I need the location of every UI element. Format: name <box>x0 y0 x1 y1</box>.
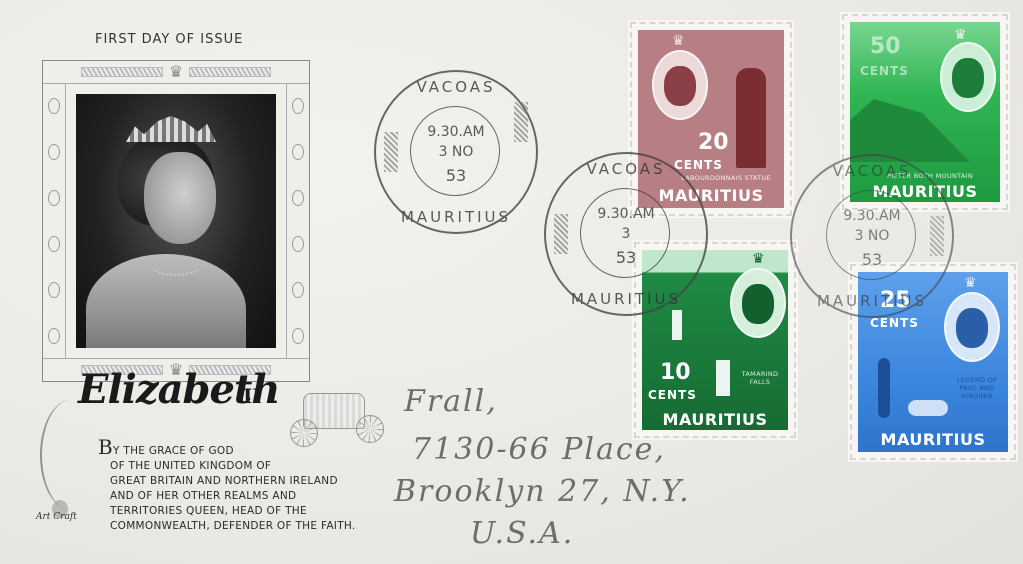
postmark-town: VACOAS <box>546 160 706 178</box>
postmark-town: VACOAS <box>792 162 952 180</box>
stamp-country: MAURITIUS <box>858 430 1008 449</box>
proclamation-line: COMMONWEALTH, DEFENDER OF THE FAITH. <box>98 519 356 534</box>
postmark-date: 3 NO <box>792 228 952 244</box>
postmark-country: MAURITIUS <box>376 208 536 226</box>
publisher-mark: Art Craft <box>36 512 77 522</box>
proclamation-line: GREAT BRITAIN AND NORTHERN IRELAND <box>98 474 356 489</box>
tiara-icon <box>126 116 216 142</box>
address-line-city: Brooklyn 27, N.Y. <box>394 474 691 509</box>
postmark-year: 53 <box>792 250 952 269</box>
crown-icon: ♛ <box>169 64 183 80</box>
rope-ornament <box>189 67 271 77</box>
medal-icon <box>292 236 304 252</box>
frame-right-side <box>286 83 309 359</box>
postmark-date: 3 <box>546 226 706 242</box>
proclamation-text: BY THE GRACE OF GOD OF THE UNITED KINGDO… <box>98 440 356 534</box>
crown-icon: ♛ <box>964 276 977 290</box>
postmark-year: 53 <box>546 248 706 267</box>
postmark-country: MAURITIUS <box>792 292 952 310</box>
postmark-time: 9.30.AM <box>792 208 952 224</box>
medal-icon <box>292 190 304 206</box>
postmark: VACOAS 9.30.AM 3 NO 53 MAURITIUS <box>374 70 538 234</box>
medal-icon <box>292 282 304 298</box>
stamp-value: 50 <box>870 34 901 59</box>
stamp-unit: CENTS <box>860 64 909 78</box>
proclamation-line: AND OF HER OTHER REALMS AND <box>98 489 356 504</box>
postmark-country: MAURITIUS <box>546 290 706 308</box>
queen-cameo <box>730 268 786 338</box>
address-line-country: U.S.A. <box>470 516 574 551</box>
postmark-time: 9.30.AM <box>546 206 706 222</box>
portrait-face <box>144 152 216 244</box>
stamp-country: MAURITIUS <box>642 410 788 429</box>
stamp-caption: TAMARIND FALLS <box>738 370 782 386</box>
proclamation-line: OF THE UNITED KINGDOM OF <box>98 459 356 474</box>
coach-wheel-icon <box>356 415 384 443</box>
medal-icon <box>48 282 60 298</box>
postmark-date: 3 NO <box>376 144 536 160</box>
queen-cameo <box>944 292 1000 362</box>
envelope: FIRST DAY OF ISSUE ♛ ♛ <box>0 0 1023 564</box>
medal-icon <box>48 190 60 206</box>
rope-ornament <box>81 67 163 77</box>
necklace-icon <box>146 244 206 276</box>
state-coach-drawing <box>268 385 388 447</box>
stamp-unit: CENTS <box>648 388 697 402</box>
postmark-town: VACOAS <box>376 78 536 96</box>
stamp-value: 20 <box>698 130 729 155</box>
calligraphic-flourish <box>40 400 102 510</box>
medal-icon <box>48 328 60 344</box>
address-line-name: Frall, <box>404 384 498 419</box>
first-day-heading: FIRST DAY OF ISSUE <box>95 32 243 47</box>
proclamation-line: BY THE GRACE OF GOD <box>98 440 356 459</box>
stamp-caption: LEGEND OF PAUL AND VIRGINIA <box>950 376 1004 400</box>
crown-icon: ♛ <box>752 252 765 266</box>
medal-icon <box>48 144 60 160</box>
figure-icon <box>878 358 890 418</box>
postmark-year: 53 <box>376 166 536 185</box>
cachet-title-numeral: II <box>243 384 262 408</box>
medal-icon <box>292 98 304 114</box>
medal-icon <box>292 144 304 160</box>
postmark-time: 9.30.AM <box>376 124 536 140</box>
stamp-unit: CENTS <box>870 316 919 330</box>
queen-cameo <box>652 50 708 120</box>
address-line-street: 7130-66 Place, <box>412 432 666 467</box>
ornamental-frame: ♛ ♛ <box>42 60 310 382</box>
medal-icon <box>48 98 60 114</box>
crown-icon: ♛ <box>954 28 967 42</box>
postmark: VACOAS 9.30.AM 3 NO 53 MAURITIUS <box>790 154 954 318</box>
stamp-value: 10 <box>660 360 691 385</box>
queen-portrait <box>76 94 276 348</box>
postmark: VACOAS 9.30.AM 3 53 MAURITIUS <box>544 152 708 316</box>
queen-cameo <box>940 42 996 112</box>
statue-icon <box>736 68 766 168</box>
medal-icon <box>292 328 304 344</box>
crown-icon: ♛ <box>672 34 685 48</box>
proclamation-line: TERRITORIES QUEEN, HEAD OF THE <box>98 504 356 519</box>
figure-icon <box>908 400 948 416</box>
waterfall-icon <box>672 310 682 340</box>
medal-icon <box>48 236 60 252</box>
waterfall-icon <box>716 360 730 396</box>
frame-left-side <box>43 83 66 359</box>
frame-top-band: ♛ <box>43 61 309 84</box>
